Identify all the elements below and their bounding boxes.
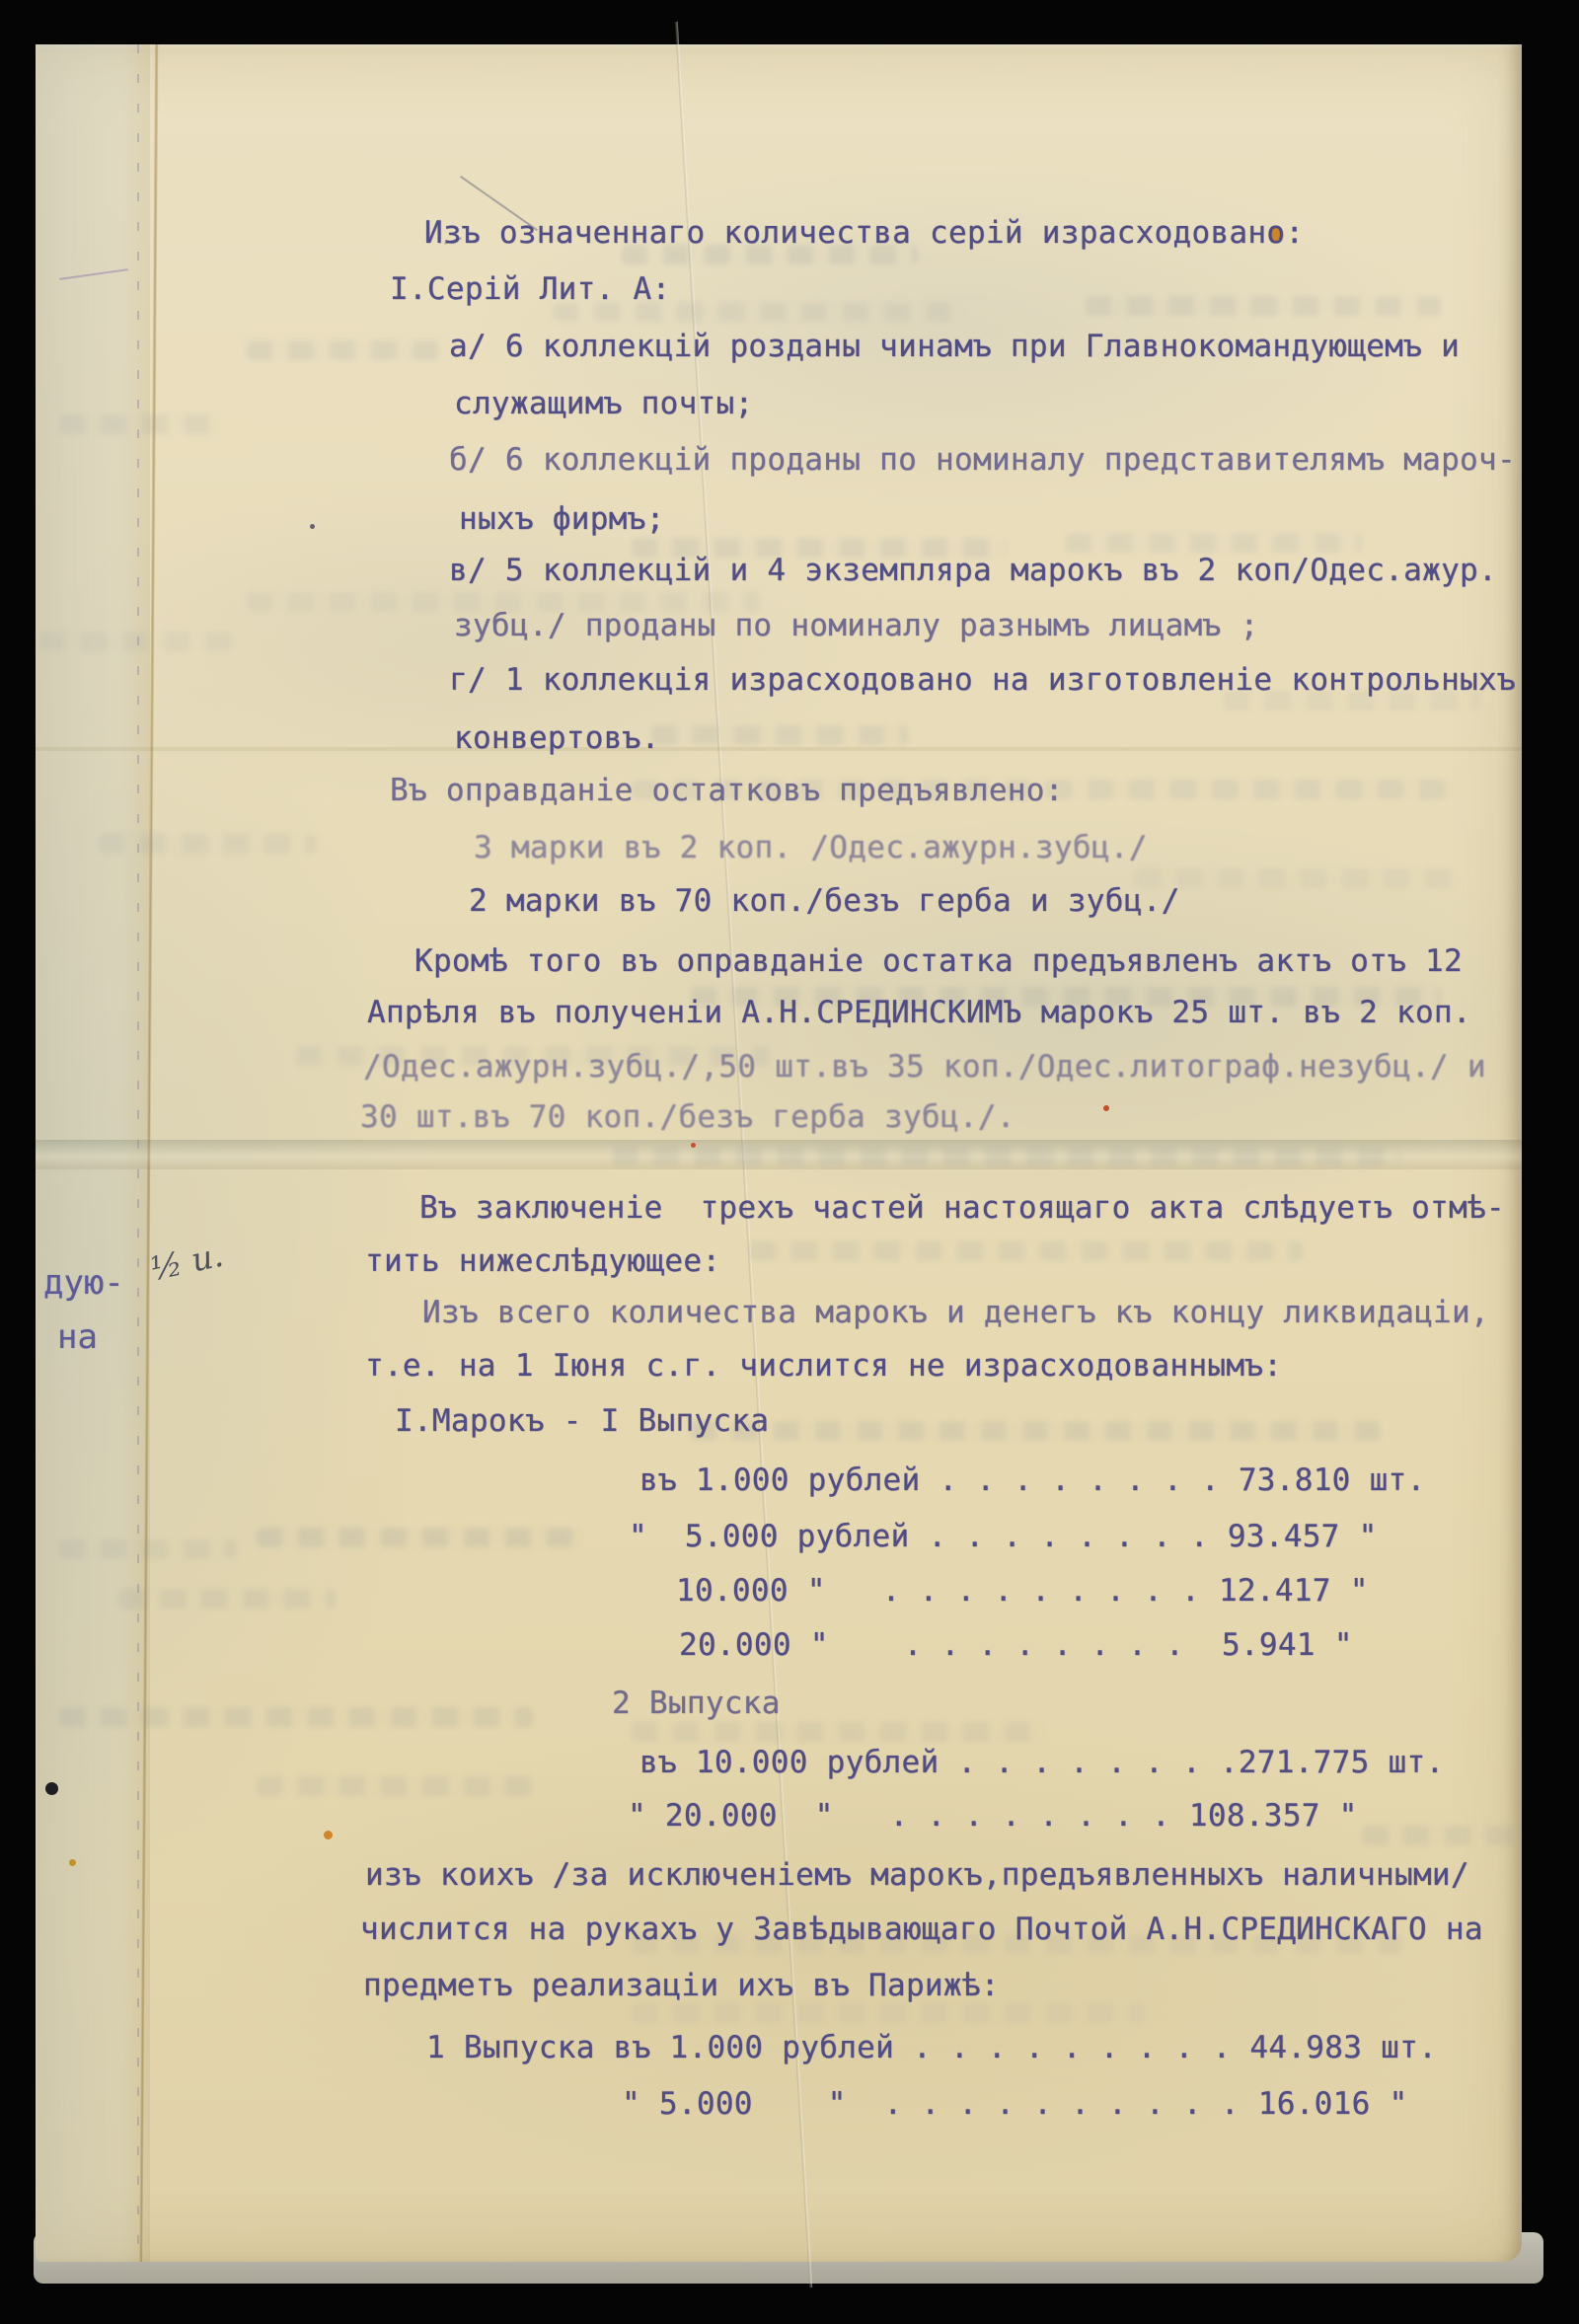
bleedthrough-smudge (1362, 1826, 1520, 1845)
bleedthrough-smudge (39, 632, 237, 651)
document-line: зубц./ проданы по номиналу разнымъ лицам… (454, 609, 1258, 644)
document-line: числится на рукахъ у Завѣдывающаго Почто… (360, 1912, 1483, 1948)
bleedthrough-smudge (632, 2003, 1145, 2023)
document-line: 2 Выпуска (612, 1687, 781, 1722)
bleedthrough-smudge (651, 725, 908, 745)
document-line: I.Серій Лит. А: (390, 272, 670, 308)
bleedthrough-smudge (257, 1776, 533, 1796)
document-line: г/ 1 коллекція израсходовано на изготовл… (449, 663, 1516, 699)
document-line: I.Марокъ - I Выпуска (395, 1404, 769, 1440)
bleedthrough-smudge (59, 1707, 533, 1727)
document-line: " 5.000 рублей . . . . . . . . 93.457 " (629, 1520, 1378, 1555)
dark-speck (310, 524, 315, 529)
document-line: 1 Выпуска въ 1.000 рублей . . . . . . . … (426, 2031, 1437, 2066)
document-line: Кромѣ того въ оправданіе остатка предъяв… (414, 944, 1463, 980)
orange-fleck (69, 1859, 76, 1866)
document-line: изъ коихъ /за исключеніемъ марокъ,предъя… (365, 1858, 1469, 1894)
document-line: " 20.000 " . . . . . . . . 108.357 " (628, 1799, 1358, 1835)
bleedthrough-smudge (59, 414, 217, 434)
orange-fleck (324, 1831, 333, 1839)
bleedthrough-smudge (632, 1722, 1046, 1742)
margin-typed-fragment: на (57, 1320, 98, 1354)
red-fleck (691, 1143, 696, 1148)
document-line: въ 1.000 рублей . . . . . . . . 73.810 ш… (639, 1463, 1425, 1499)
document-line: т.е. на 1 Іюня с.г. числится не израсход… (365, 1349, 1282, 1385)
document-line: Изъ всего количества марокъ и денегъ къ … (422, 1296, 1489, 1331)
document-line: 2 марки въ 70 коп./безъ герба и зубц./ (469, 884, 1180, 920)
document-line: Въ оправданіе остатковъ предъявлено: (390, 774, 1064, 809)
bleedthrough-smudge (1066, 533, 1362, 553)
document-line: предметъ реализаціи ихъ въ Парижѣ: (363, 1969, 1000, 2004)
bleedthrough-smudge (247, 340, 444, 360)
document-line: б/ 6 коллекцій проданы по номиналу предс… (449, 443, 1516, 479)
bleedthrough-smudge (750, 1241, 1303, 1261)
document-line: 30 шт.въ 70 коп./безъ герба зубц./. (360, 1100, 1015, 1136)
document-line: служащимъ почты; (454, 387, 753, 422)
horizontal-fold-crease-faint (36, 747, 1522, 751)
document-line: ныхъ фирмъ; (459, 502, 665, 538)
bleedthrough-smudge (118, 1589, 336, 1609)
document-line: /Одес.ажурн.зубц./,50 шт.въ 35 коп./Одес… (363, 1050, 1486, 1086)
document-line: в/ 5 коллекцій и 4 экземпляра марокъ въ … (449, 554, 1497, 589)
bleedthrough-smudge (1135, 868, 1461, 888)
document-line: въ 10.000 рублей . . . . . . . .271.775 … (639, 1746, 1444, 1781)
document-line: тить нижеслѣдующее: (365, 1244, 720, 1280)
red-fleck (1103, 1105, 1109, 1111)
ink-dot (45, 1782, 58, 1795)
scan-background: Изъ означеннаго количества серій израсхо… (0, 0, 1579, 2324)
document-line: Апрѣля въ полученіи А.Н.СРЕДИНСКИМЪ маро… (367, 996, 1471, 1031)
margin-typed-fragment: дую- (43, 1266, 124, 1300)
document-line: 10.000 " . . . . . . . . . 12.417 " (676, 1574, 1369, 1610)
document-line: Въ заключеніе трехъ частей настоящаго ак… (419, 1191, 1505, 1227)
document-line: 3 марки въ 2 коп. /Одес.ажурн.зубц./ (474, 831, 1148, 866)
document-line: " 5.000 " . . . . . . . . . . 16.016 " (622, 2087, 1407, 2123)
document-line: а/ 6 коллекцій розданы чинамъ при Главно… (449, 330, 1460, 365)
document-line: Изъ означеннаго количества серій израсхо… (424, 216, 1304, 252)
bleedthrough-smudge (59, 1539, 237, 1559)
bleedthrough-smudge (99, 834, 316, 854)
document-line: конвертовъ. (454, 721, 660, 757)
bleedthrough-smudge (691, 1421, 1382, 1441)
bleedthrough-smudge (1086, 296, 1441, 316)
bleedthrough-smudge (612, 1147, 1401, 1166)
document-line: 20.000 " . . . . . . . . 5.941 " (679, 1628, 1353, 1664)
bleedthrough-smudge (257, 1528, 582, 1547)
